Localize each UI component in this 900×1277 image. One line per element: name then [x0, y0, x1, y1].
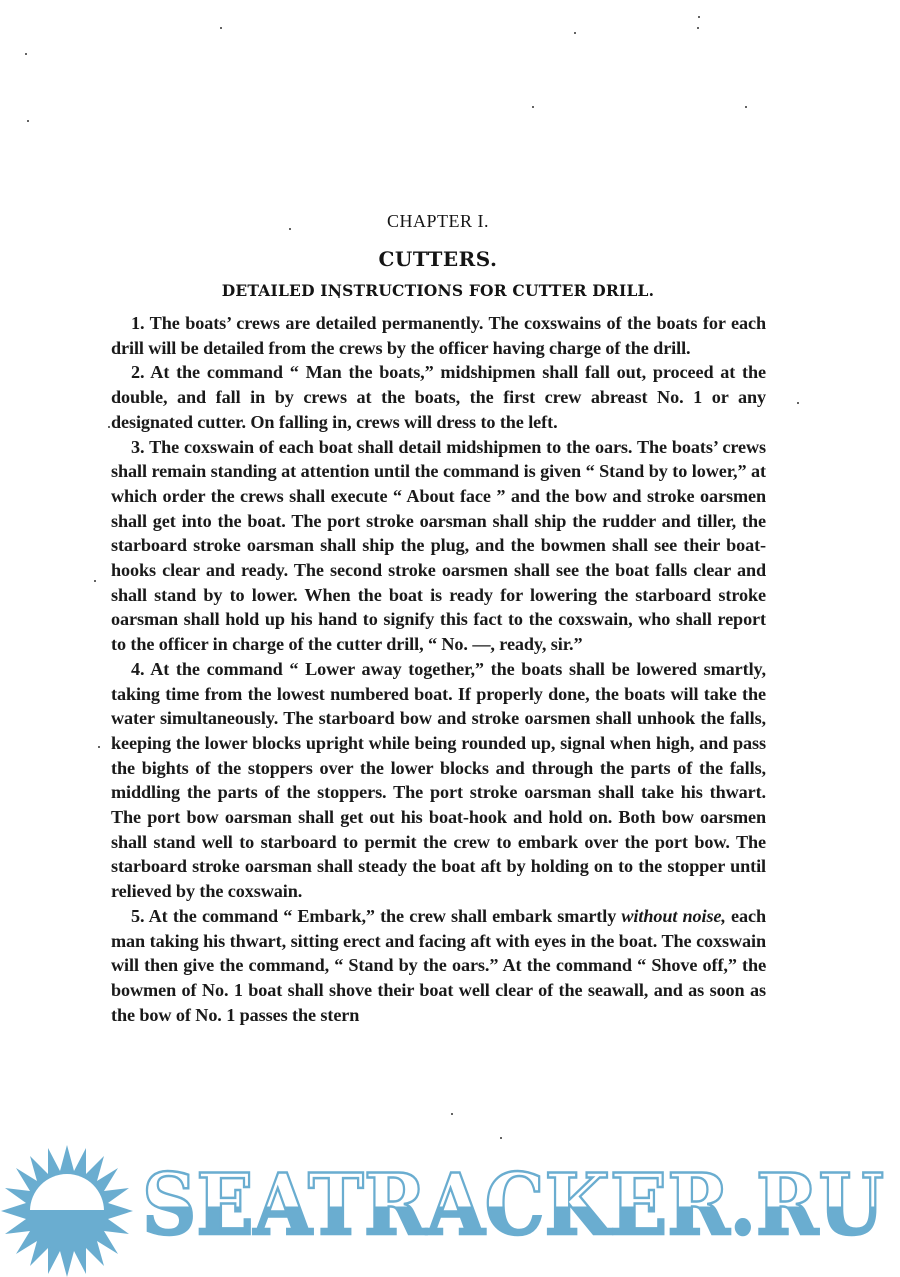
scan-speck — [797, 402, 799, 404]
paragraph-number: 5. — [131, 906, 144, 926]
paragraph-5: 5. At the command “ Embark,” the crew sh… — [111, 904, 766, 1028]
paragraph-emphasis: without noise, — [621, 906, 725, 926]
paragraph-text: At the command “ Man the boats,” midship… — [111, 362, 766, 431]
scan-speck — [108, 426, 110, 428]
watermark-wordmark: SEATRACKER.RU — [140, 1162, 890, 1242]
scan-speck — [451, 1113, 453, 1115]
paragraph-1: 1. The boats’ crews are detailed permane… — [111, 311, 766, 360]
section-title: CUTTERS. — [0, 247, 876, 271]
scan-speck — [25, 53, 27, 55]
paragraph-2: 2. At the command “ Man the boats,” mids… — [111, 360, 766, 434]
paragraph-4: 4. At the command “ Lower away together,… — [111, 657, 766, 904]
paragraph-text: The coxswain of each boat shall detail m… — [111, 437, 766, 655]
paragraph-text: The boats’ crews are detailed permanentl… — [111, 313, 766, 358]
document-page: CHAPTER I. CUTTERS. DETAILED INSTRUCTION… — [0, 0, 900, 1277]
paragraph-text: At the command “ Lower away together,” t… — [111, 659, 766, 901]
scan-speck — [745, 106, 747, 108]
watermark-logo: SEATRACKER.RU — [0, 1140, 900, 1277]
paragraph-number: 2. — [131, 362, 144, 382]
paragraph-text: At the command “ Embark,” the crew shall… — [149, 906, 622, 926]
scan-speck — [27, 120, 29, 122]
chapter-label: CHAPTER I. — [0, 211, 876, 232]
scan-speck — [698, 16, 700, 18]
scan-speck — [500, 1137, 502, 1139]
subsection-title: DETAILED INSTRUCTIONS FOR CUTTER DRILL. — [0, 281, 876, 300]
paragraph-number: 1. — [131, 313, 144, 333]
watermark-text: SEATRACKER.RU — [142, 1162, 884, 1242]
scan-speck — [697, 27, 699, 29]
scan-speck — [220, 27, 222, 29]
scan-speck — [532, 106, 534, 108]
paragraph-number: 3. — [131, 437, 144, 457]
body-text: 1. The boats’ crews are detailed permane… — [111, 311, 766, 1027]
paragraph-number: 4. — [131, 659, 144, 679]
sun-icon — [0, 1144, 134, 1277]
scan-speck — [98, 746, 100, 748]
scan-speck — [94, 580, 96, 582]
paragraph-3: 3. The coxswain of each boat shall detai… — [111, 435, 766, 657]
scan-speck — [574, 32, 576, 34]
